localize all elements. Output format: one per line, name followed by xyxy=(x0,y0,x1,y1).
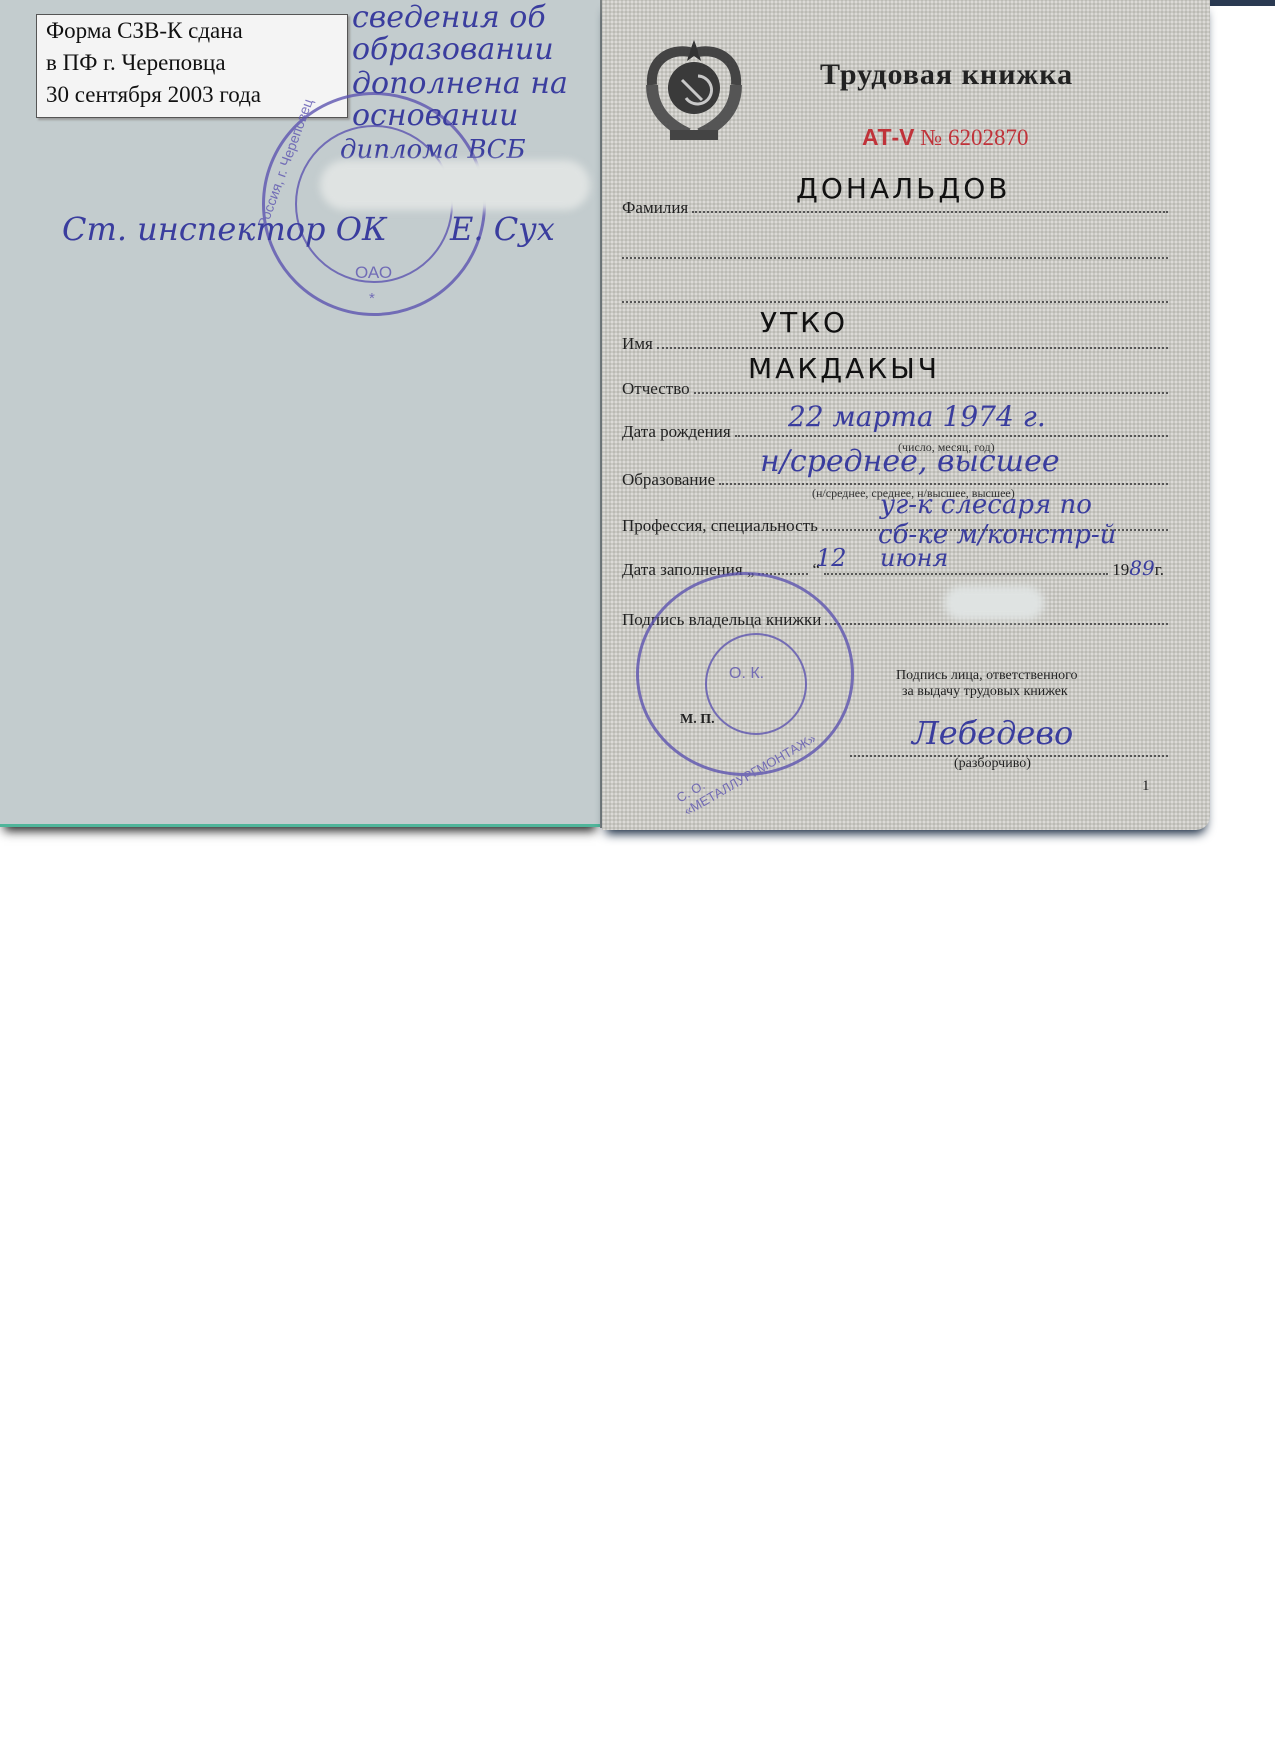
birth-label: Дата рождения xyxy=(622,422,735,442)
inspector-title: Ст. инспектор ОК xyxy=(62,210,387,248)
field-patronymic: Отчество xyxy=(622,375,1168,399)
sticker-line-1: Форма СЗВ-К сдана xyxy=(37,15,347,47)
field-surname-extra-1 xyxy=(622,240,1168,264)
education-label: Образование xyxy=(622,470,719,490)
education-note-line-1: сведения об xyxy=(352,0,546,36)
name-label: Имя xyxy=(622,334,657,354)
inspector-signature: Е. Сух xyxy=(450,210,555,248)
document-title: Трудовая книжка xyxy=(820,58,1073,92)
page-number: 1 xyxy=(1142,778,1150,795)
ussr-emblem-icon xyxy=(640,30,748,148)
fill-year-unit: г. xyxy=(1155,560,1168,580)
field-birth-date: Дата рождения xyxy=(622,418,1168,442)
education-note-line-3: дополнена на xyxy=(352,66,568,102)
surname-label: Фамилия xyxy=(622,198,692,218)
field-name: Имя xyxy=(622,330,1168,354)
field-surname-extra-2 xyxy=(622,284,1168,308)
redacted-area xyxy=(320,160,590,210)
issuer-label-line-1: Подпись лица, ответственного xyxy=(896,668,1078,684)
stamp-place-mp: М. П. xyxy=(680,712,715,728)
redacted-owner-signature xyxy=(944,586,1044,620)
education-note-line-2: образовании xyxy=(352,32,554,68)
serial-digits: 6202870 xyxy=(948,125,1029,150)
serial-prefix: АТ-V xyxy=(862,124,915,150)
fill-year-prefix: 19 xyxy=(1108,560,1129,580)
serial-number: АТ-V № 6202870 xyxy=(862,124,1028,151)
sticker-line-2: в ПФ г. Череповца xyxy=(37,47,347,79)
education-note-line-4: основании xyxy=(352,98,518,134)
fill-month: июня xyxy=(880,544,948,572)
company-stamp-right: О. К. С. О. «МЕТАЛЛУРГМОНТАЖ» xyxy=(636,572,854,776)
fill-year-suffix: 89 xyxy=(1129,556,1154,580)
profession-label: Профессия, специальность xyxy=(622,516,822,536)
issuer-label-line-2: за выдачу трудовых книжек xyxy=(902,684,1068,700)
scanner-edge xyxy=(1210,0,1275,6)
serial-no-sign: № xyxy=(920,125,942,150)
stamp-center: О. К. xyxy=(729,665,764,683)
patronymic-label: Отчество xyxy=(622,379,694,399)
stamp-star: * xyxy=(369,290,375,307)
fill-day: 12 xyxy=(816,544,847,572)
issuer-hint: (разборчиво) xyxy=(954,756,1031,772)
field-surname: Фамилия xyxy=(622,194,1168,218)
stamp-center-text: ОАО xyxy=(355,263,392,283)
